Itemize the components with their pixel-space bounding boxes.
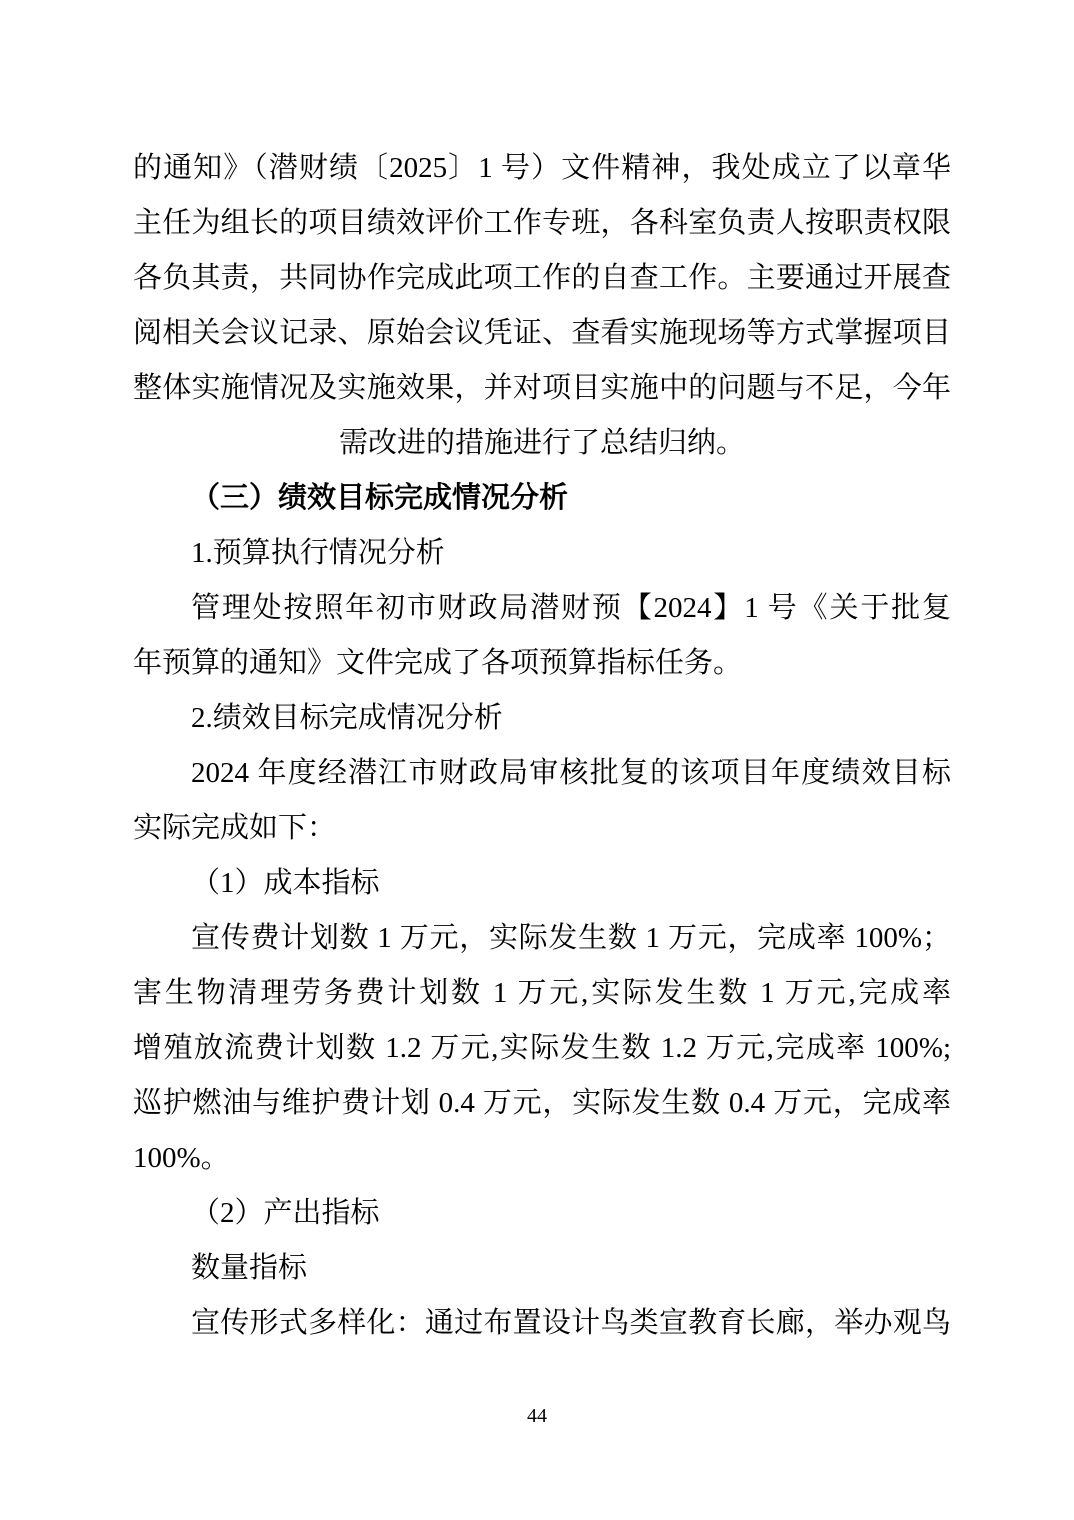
body-text-line: 2024 年度经潜江市财政局审核批复的该项目年度绩效目标及 [133, 746, 951, 801]
body-text-line: 阅相关会议记录、原始会议凭证、查看实施现场等方式掌握项目 [133, 306, 951, 361]
document-body: 的通知》（潜财绩〔2025〕1 号）文件精神，我处成立了以章华 主任为组长的项目… [133, 141, 951, 1351]
subsection-heading-performance-targets: 2.绩效目标完成情况分析 [133, 691, 951, 746]
body-text-line: 的通知》（潜财绩〔2025〕1 号）文件精神，我处成立了以章华 [133, 141, 951, 196]
body-text-line: 年预算的通知》文件完成了各项预算指标任务。 [133, 636, 951, 691]
page-number: 44 [0, 1400, 1074, 1432]
section-heading: （三）绩效目标完成情况分析 [133, 471, 951, 526]
body-text-line: 宣传形式多样化：通过布置设计鸟类宣教育长廊，举办观鸟 [133, 1296, 951, 1351]
body-text-line: 增殖放流费计划数 1.2 万元,实际发生数 1.2 万元,完成率 100%; [133, 1021, 951, 1076]
body-text-line: 100%。 [133, 1131, 951, 1186]
document-page: 的通知》（潜财绩〔2025〕1 号）文件精神，我处成立了以章华 主任为组长的项目… [0, 0, 1074, 1520]
body-text-line: 整体实施情况及实施效果，并对项目实施中的问题与不足，今年 [133, 361, 951, 416]
body-text-line: 宣传费计划数 1 万元，实际发生数 1 万元，完成率 100%；有 [133, 911, 951, 966]
body-text-line: 害生物清理劳务费计划数 1 万元,实际发生数 1 万元,完成率 100%; [133, 966, 951, 1021]
body-text-line: 各负其责，共同协作完成此项工作的自查工作。主要通过开展查 [133, 251, 951, 306]
subsection-heading-budget-execution: 1.预算执行情况分析 [133, 526, 951, 581]
label-quantity-indicator: 数量指标 [133, 1241, 951, 1296]
body-text-line: 实际完成如下： [133, 801, 951, 856]
body-text-line: 巡护燃油与维护费计划 0.4 万元，实际发生数 0.4 万元，完成率 [133, 1076, 951, 1131]
body-text-line: 管理处按照年初市财政局潜财预【2024】1 号《关于批复 2024 [133, 581, 951, 636]
indicator-heading-output: （2）产出指标 [133, 1186, 951, 1241]
body-text-line: 主任为组长的项目绩效评价工作专班，各科室负责人按职责权限 [133, 196, 951, 251]
body-text-line-centered: 需改进的措施进行了总结归纳。 [133, 416, 951, 471]
indicator-heading-cost: （1）成本指标 [133, 856, 951, 911]
